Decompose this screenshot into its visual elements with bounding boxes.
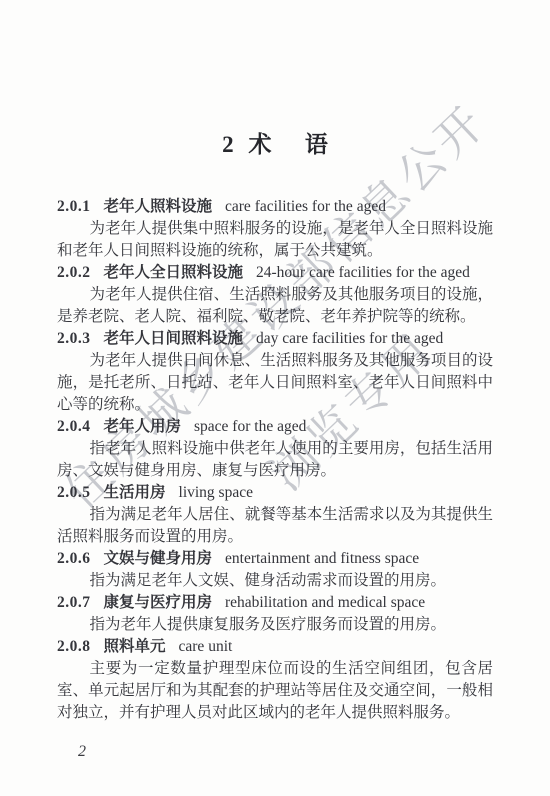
clause-definition: 指老年人照料设施中供老年人使用的主要用房，包括生活用房、文娱与健身用房、康复与医…	[57, 438, 493, 482]
clause-term-zh: 康复与医疗用房	[104, 594, 213, 611]
clause-definition: 为老年人提供住宿、生活照料服务及其他服务项目的设施，是养老院、老人院、福利院、敬…	[57, 284, 493, 328]
clause-number: 2.0.4	[57, 418, 91, 435]
clause-number: 2.0.7	[57, 594, 91, 611]
clause-number: 2.0.2	[57, 264, 91, 281]
clause-definition: 为老年人提供集中照料服务的设施，是老年人全日照料设施和老年人日间照料设施的统称，…	[57, 218, 493, 262]
clause-heading: 2.0.2老年人全日照料设施24-hour care facilities fo…	[57, 262, 493, 284]
clause-number: 2.0.3	[57, 330, 91, 347]
clause-term-en: day care facilities for the aged	[256, 330, 443, 347]
clause-term-zh: 老年人用房	[104, 418, 182, 435]
chapter-title: 2术 语	[57, 130, 493, 160]
clause-term-zh: 生活用房	[104, 484, 166, 501]
clause-number: 2.0.8	[57, 638, 91, 655]
clause-heading: 2.0.7康复与医疗用房rehabilitation and medical s…	[57, 592, 493, 614]
clause-term-en: care facilities for the aged	[225, 198, 386, 215]
clause-term-zh: 老年人照料设施	[104, 198, 213, 215]
page-number: 2	[78, 743, 86, 761]
clause-number: 2.0.6	[57, 550, 91, 567]
clause-term-en: living space	[179, 484, 253, 501]
clause-heading: 2.0.6文娱与健身用房entertainment and fitness sp…	[57, 548, 493, 570]
clause-term-en: care unit	[179, 638, 233, 655]
clause-term-en: space for the aged	[194, 418, 306, 435]
clause-term-en: rehabilitation and medical space	[225, 594, 425, 611]
clause-heading: 2.0.5生活用房living space	[57, 482, 493, 504]
document-page: 住房城乡建设部信息公开 浏览专用 2术 语 2.0.1老年人照料设施care f…	[0, 0, 550, 796]
clause-term-zh: 照料单元	[104, 638, 166, 655]
clause-definition: 主要为一定数量护理型床位而设的生活空间组团，包含居室、单元起居厅和为其配套的护理…	[57, 658, 493, 724]
clause-number: 2.0.5	[57, 484, 91, 501]
chapter-title-label: 术 语	[249, 132, 328, 157]
clause-heading: 2.0.4老年人用房space for the aged	[57, 416, 493, 438]
page-content: 2术 语 2.0.1老年人照料设施care facilities for the…	[57, 130, 493, 724]
clause-heading: 2.0.3老年人日间照料设施day care facilities for th…	[57, 328, 493, 350]
clause-definition: 为老年人提供日间休息、生活照料服务及其他服务项目的设施，是托老所、日托站、老年人…	[57, 350, 493, 416]
clause-definition: 指为满足老年人居住、就餐等基本生活需求以及为其提供生活照料服务而设置的用房。	[57, 504, 493, 548]
clause-term-zh: 老年人全日照料设施	[104, 264, 244, 281]
clause-term-en: 24-hour care facilities for the aged	[256, 264, 470, 281]
clause-definition: 指为老年人提供康复服务及医疗服务而设置的用房。	[57, 614, 493, 636]
clause-term-en: entertainment and fitness space	[225, 550, 419, 567]
clause-heading: 2.0.8照料单元care unit	[57, 636, 493, 658]
chapter-number: 2	[222, 132, 234, 157]
clause-number: 2.0.1	[57, 198, 91, 215]
clause-term-zh: 文娱与健身用房	[104, 550, 213, 567]
clause-heading: 2.0.1老年人照料设施care facilities for the aged	[57, 196, 493, 218]
clause-term-zh: 老年人日间照料设施	[104, 330, 244, 347]
clause-definition: 指为满足老年人文娱、健身活动需求而设置的用房。	[57, 570, 493, 592]
